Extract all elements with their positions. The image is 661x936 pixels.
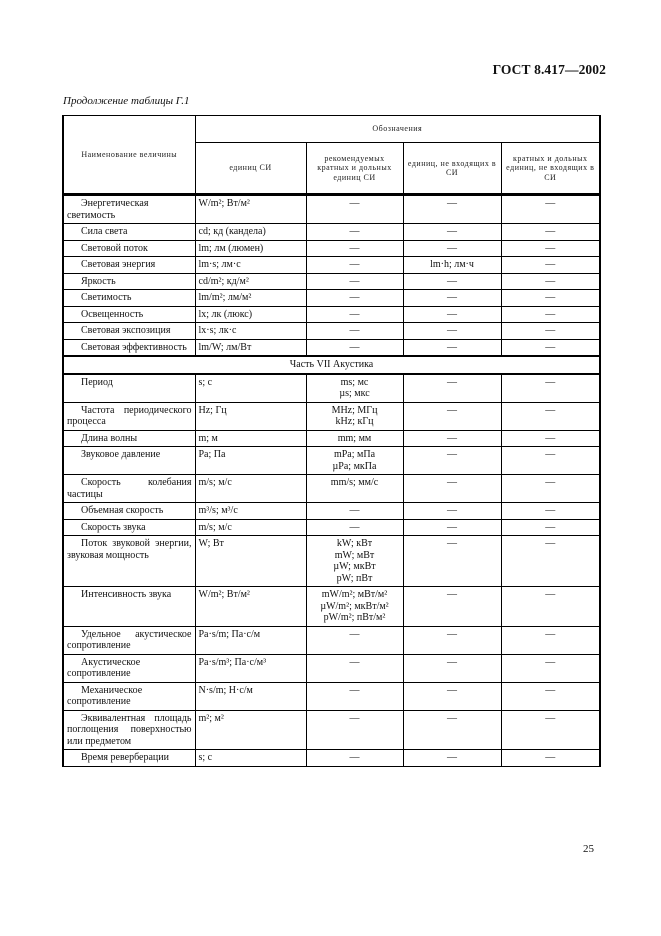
quantity-name: Длина волны: [63, 430, 195, 447]
recommended-multiple-value: —: [310, 713, 400, 725]
table-row: Поток звуковой энергии, звуковая мощност…: [63, 536, 600, 587]
recommended-multiples: —: [306, 195, 403, 224]
recommended-multiple-value: ms; мс: [310, 377, 400, 389]
quantity-name: Световой поток: [63, 240, 195, 257]
recommended-multiple-value: kW; кВт: [310, 538, 400, 550]
si-unit: W/m²; Вт/м²: [195, 195, 306, 224]
header-quantity-name: Наименование величины: [63, 116, 195, 195]
non-si-unit: —: [403, 750, 501, 767]
recommended-multiples: —: [306, 306, 403, 323]
table-row: Эквивалентная площадь поглощения поверхн…: [63, 710, 600, 750]
non-si-unit: —: [403, 240, 501, 257]
standard-title: ГОСТ 8.417—2002: [493, 62, 606, 78]
page-number: 25: [583, 843, 594, 855]
recommended-multiples: ms; мсµs; мкс: [306, 374, 403, 403]
recommended-multiple-value: mW/m²; мВт/м²: [310, 589, 400, 601]
table-row: Интенсивность звукаW/m²; Вт/м²mW/m²; мВт…: [63, 587, 600, 627]
recommended-multiple-value: —: [310, 505, 400, 517]
non-si-unit: —: [403, 339, 501, 356]
si-unit: m; м: [195, 430, 306, 447]
si-unit: cd/m²; кд/м²: [195, 273, 306, 290]
quantity-name: Поток звуковой энергии, звуковая мощност…: [63, 536, 195, 587]
quantity-name: Удельное акустическое сопротивление: [63, 626, 195, 654]
non-si-multiples: —: [501, 257, 600, 274]
non-si-unit: —: [403, 290, 501, 307]
si-unit: lm·s; лм·с: [195, 257, 306, 274]
table-row: Скорость звукаm/s; м/с———: [63, 519, 600, 536]
header-designations: Обозначения: [195, 116, 600, 143]
recommended-multiples: —: [306, 224, 403, 241]
si-unit: m³/s; м³/с: [195, 503, 306, 520]
non-si-unit: —: [403, 224, 501, 241]
recommended-multiple-value: —: [310, 342, 400, 354]
non-si-unit: —: [403, 475, 501, 503]
non-si-unit: —: [403, 519, 501, 536]
non-si-unit: —: [403, 273, 501, 290]
header-si-units: единиц СИ: [195, 143, 306, 195]
recommended-multiples: —: [306, 339, 403, 356]
non-si-multiples: —: [501, 710, 600, 750]
header-non-si-multiples: кратных и дольных единиц, не входящих в …: [501, 143, 600, 195]
si-unit: s; с: [195, 750, 306, 767]
table-row: Частота периодического процессаHz; ГцMHz…: [63, 402, 600, 430]
table-caption: Продолжение таблицы Г.1: [63, 95, 189, 107]
recommended-multiples: —: [306, 519, 403, 536]
recommended-multiple-value: mm; мм: [310, 433, 400, 445]
quantity-name: Световая энергия: [63, 257, 195, 274]
non-si-unit: —: [403, 306, 501, 323]
table-row: Освещенностьlx; лк (люкс)———: [63, 306, 600, 323]
quantity-name: Светимость: [63, 290, 195, 307]
recommended-multiples: —: [306, 273, 403, 290]
non-si-unit: —: [403, 402, 501, 430]
recommended-multiple-value: —: [310, 226, 400, 238]
recommended-multiples: mm/s; мм/с: [306, 475, 403, 503]
non-si-multiples: —: [501, 402, 600, 430]
table-row: Удельное акустическое сопротивлениеPa·s/…: [63, 626, 600, 654]
table-row: Звуковое давлениеPa; ПаmPa; мПаµPa; мкПа…: [63, 447, 600, 475]
quantity-name: Объемная скорость: [63, 503, 195, 520]
quantity-name: Световая эффективность: [63, 339, 195, 356]
section-heading: Часть VII Акустика: [63, 356, 600, 374]
quantity-name: Эквивалентная площадь поглощения поверхн…: [63, 710, 195, 750]
non-si-unit: —: [403, 654, 501, 682]
recommended-multiple-value: mPa; мПа: [310, 449, 400, 461]
recommended-multiples: —: [306, 750, 403, 767]
non-si-multiples: —: [501, 626, 600, 654]
quantity-name: Акустическое сопротивление: [63, 654, 195, 682]
table-row: Сила светаcd; кд (кандела)———: [63, 224, 600, 241]
table-row: Механическое сопротивлениеN·s/m; Н·с/м——…: [63, 682, 600, 710]
si-unit: m/s; м/с: [195, 475, 306, 503]
recommended-multiple-value: —: [310, 752, 400, 764]
quantity-name: Сила света: [63, 224, 195, 241]
non-si-multiples: —: [501, 447, 600, 475]
recommended-multiple-value: —: [310, 198, 400, 210]
table-row: Световой потокlm; лм (люмен)———: [63, 240, 600, 257]
recommended-multiples: —: [306, 257, 403, 274]
recommended-multiple-value: —: [310, 522, 400, 534]
recommended-multiples: mm; мм: [306, 430, 403, 447]
table-row: Светимостьlm/m²; лм/м²———: [63, 290, 600, 307]
si-unit: m²; м²: [195, 710, 306, 750]
si-unit: N·s/m; Н·с/м: [195, 682, 306, 710]
recommended-multiple-value: —: [310, 309, 400, 321]
recommended-multiples: MHz; МГцkHz; кГц: [306, 402, 403, 430]
recommended-multiples: —: [306, 654, 403, 682]
si-unit: lm/W; лм/Вт: [195, 339, 306, 356]
non-si-multiples: —: [501, 430, 600, 447]
recommended-multiple-value: —: [310, 325, 400, 337]
si-unit: lx·s; лк·с: [195, 323, 306, 340]
table-row: Периодs; сms; мсµs; мкс——: [63, 374, 600, 403]
non-si-unit: —: [403, 587, 501, 627]
non-si-multiples: —: [501, 306, 600, 323]
quantity-name: Скорость звука: [63, 519, 195, 536]
quantity-name: Период: [63, 374, 195, 403]
recommended-multiples: kW; кВтmW; мВтµW; мкВтpW; пВт: [306, 536, 403, 587]
non-si-multiples: —: [501, 290, 600, 307]
recommended-multiples: mPa; мПаµPa; мкПа: [306, 447, 403, 475]
non-si-multiples: —: [501, 536, 600, 587]
table-row: Время реверберацииs; с———: [63, 750, 600, 767]
recommended-multiples: —: [306, 503, 403, 520]
table-row: Яркостьcd/m²; кд/м²———: [63, 273, 600, 290]
table-row: Световая энергияlm·s; лм·с—lm·h; лм·ч—: [63, 257, 600, 274]
non-si-unit: —: [403, 195, 501, 224]
quantity-name: Скорость колебания частицы: [63, 475, 195, 503]
non-si-multiples: —: [501, 519, 600, 536]
si-unit: W/m²; Вт/м²: [195, 587, 306, 627]
si-unit: Pa·s/m³; Па·с/м³: [195, 654, 306, 682]
quantity-name: Звуковое давление: [63, 447, 195, 475]
non-si-multiples: —: [501, 374, 600, 403]
recommended-multiple-value: µW/m²; мкВт/м²: [310, 601, 400, 613]
recommended-multiples: —: [306, 240, 403, 257]
recommended-multiple-value: MHz; МГц: [310, 405, 400, 417]
si-unit: lm; лм (люмен): [195, 240, 306, 257]
recommended-multiples: mW/m²; мВт/м²µW/m²; мкВт/м²pW/m²; пВт/м²: [306, 587, 403, 627]
non-si-unit: —: [403, 536, 501, 587]
si-unit: m/s; м/с: [195, 519, 306, 536]
non-si-multiples: —: [501, 195, 600, 224]
recommended-multiples: —: [306, 323, 403, 340]
recommended-multiple-value: pW; пВт: [310, 573, 400, 585]
table-row: Энергетическая светимостьW/m²; Вт/м²———: [63, 195, 600, 224]
table-row: Световая экспозицияlx·s; лк·с———: [63, 323, 600, 340]
non-si-multiples: —: [501, 503, 600, 520]
quantity-name: Яркость: [63, 273, 195, 290]
non-si-unit: lm·h; лм·ч: [403, 257, 501, 274]
quantity-name: Частота периодического процесса: [63, 402, 195, 430]
non-si-multiples: —: [501, 224, 600, 241]
quantity-name: Время реверберации: [63, 750, 195, 767]
units-table: Наименование величины Обозначения единиц…: [62, 115, 601, 767]
non-si-multiples: —: [501, 475, 600, 503]
non-si-multiples: —: [501, 654, 600, 682]
quantity-name: Световая экспозиция: [63, 323, 195, 340]
non-si-unit: —: [403, 710, 501, 750]
table-body-acoustics: Периодs; сms; мсµs; мкс——Частота периоди…: [63, 374, 600, 767]
table-row: Акустическое сопротивлениеPa·s/m³; Па·с/…: [63, 654, 600, 682]
table-row: Объемная скоростьm³/s; м³/с———: [63, 503, 600, 520]
recommended-multiple-value: kHz; кГц: [310, 416, 400, 428]
non-si-multiples: —: [501, 339, 600, 356]
si-unit: W; Вт: [195, 536, 306, 587]
quantity-name: Механическое сопротивление: [63, 682, 195, 710]
non-si-unit: —: [403, 682, 501, 710]
non-si-unit: —: [403, 447, 501, 475]
non-si-unit: —: [403, 374, 501, 403]
si-unit: cd; кд (кандела): [195, 224, 306, 241]
table-row: Скорость колебания частицыm/s; м/сmm/s; …: [63, 475, 600, 503]
quantity-name: Освещенность: [63, 306, 195, 323]
header-recommended-multiples: рекомендуемых кратных и дольных единиц С…: [306, 143, 403, 195]
recommended-multiple-value: µs; мкс: [310, 388, 400, 400]
recommended-multiple-value: mm/s; мм/с: [310, 477, 400, 489]
recommended-multiple-value: —: [310, 657, 400, 669]
si-unit: lx; лк (люкс): [195, 306, 306, 323]
non-si-multiples: —: [501, 750, 600, 767]
recommended-multiple-value: µW; мкВт: [310, 561, 400, 573]
non-si-multiples: —: [501, 323, 600, 340]
si-unit: lm/m²; лм/м²: [195, 290, 306, 307]
non-si-unit: —: [403, 430, 501, 447]
non-si-unit: —: [403, 626, 501, 654]
recommended-multiple-value: mW; мВт: [310, 550, 400, 562]
non-si-multiples: —: [501, 682, 600, 710]
non-si-unit: —: [403, 503, 501, 520]
table-body-light: Энергетическая светимостьW/m²; Вт/м²———С…: [63, 195, 600, 357]
si-unit: Pa; Па: [195, 447, 306, 475]
non-si-multiples: —: [501, 240, 600, 257]
non-si-multiples: —: [501, 587, 600, 627]
non-si-unit: —: [403, 323, 501, 340]
quantity-name: Интенсивность звука: [63, 587, 195, 627]
recommended-multiples: —: [306, 682, 403, 710]
recommended-multiple-value: —: [310, 259, 400, 271]
recommended-multiple-value: µPa; мкПа: [310, 461, 400, 473]
recommended-multiple-value: —: [310, 292, 400, 304]
si-unit: Hz; Гц: [195, 402, 306, 430]
recommended-multiples: —: [306, 290, 403, 307]
recommended-multiples: —: [306, 710, 403, 750]
recommended-multiple-value: —: [310, 243, 400, 255]
header-non-si-units: единиц, не входящих в СИ: [403, 143, 501, 195]
non-si-multiples: —: [501, 273, 600, 290]
quantity-name: Энергетическая светимость: [63, 195, 195, 224]
recommended-multiple-value: —: [310, 276, 400, 288]
si-unit: s; с: [195, 374, 306, 403]
si-unit: Pa·s/m; Па·с/м: [195, 626, 306, 654]
table-row: Длина волныm; мmm; мм——: [63, 430, 600, 447]
recommended-multiples: —: [306, 626, 403, 654]
table-row: Световая эффективностьlm/W; лм/Вт———: [63, 339, 600, 356]
recommended-multiple-value: —: [310, 629, 400, 641]
recommended-multiple-value: pW/m²; пВт/м²: [310, 612, 400, 624]
recommended-multiple-value: —: [310, 685, 400, 697]
